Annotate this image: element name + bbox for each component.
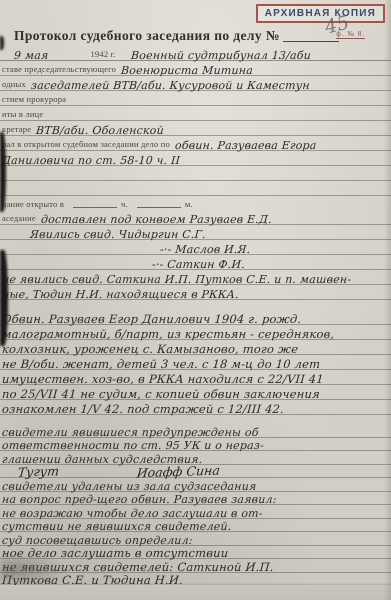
handwritten-entry: колхозник, уроженец с. Камызаново, того …: [2, 342, 299, 356]
form-number: ф. № 8.: [336, 30, 365, 39]
print-label: одных: [2, 79, 26, 90]
handwritten-entry: свидетели явившиеся предупреждены об: [2, 426, 260, 439]
handwritten-entry: малограмотный, б/парт, из крестьян - сер…: [2, 327, 335, 341]
printed-year: 1942 г.: [90, 49, 115, 60]
handwritten-entry: не В/оби. женат, детей 3 чел. с 18 м-ц д…: [2, 357, 321, 371]
witness-signature: Иоафф Сина: [136, 463, 221, 481]
print-label: стием прокурора: [2, 94, 66, 105]
form-line: не В/оби. женат, детей 3 чел. с 18 м-ц д…: [0, 355, 391, 370]
binding-shadow: [0, 250, 8, 346]
form-line: -·- Саткин Ф.И.: [0, 255, 391, 270]
hour-blank: [73, 207, 117, 208]
handwritten-entry: свидетели удалены из зала судзаседания: [2, 480, 257, 493]
print-label: м.: [185, 199, 193, 210]
form-line: по 25/VII 41 не судим, с копией обвин за…: [0, 385, 391, 400]
binding-shadow: [0, 132, 6, 212]
handwritten-entry: на вопрос пред-щего обвин. Разуваев заяв…: [2, 493, 278, 506]
handwritten-entry: -·- Маслов И.Я.: [160, 243, 251, 256]
spacer: [0, 415, 391, 424]
witness-signature: Тугут: [17, 463, 60, 479]
form-line: не возражаю чтобы дело заслушали в от-: [0, 505, 391, 519]
handwritten-entry: ные, Тюдин Н.И. находящиеся в РККА.: [2, 288, 240, 301]
form-line: кретаре ВТВ/аби. Оболенской: [0, 121, 391, 136]
spacer: [0, 300, 391, 310]
form-line: имуществен. хоз-во, в РККА находился с 2…: [0, 370, 391, 385]
form-line: ответственности по ст. 95 УК и о нераз-: [0, 438, 391, 452]
blank-ruled-line: [0, 166, 391, 181]
blank-ruled-line: [0, 181, 391, 196]
handwritten-entry: Явились свид. Чидыргин С.Г.: [30, 228, 207, 241]
handwritten-entry: Даниловича по ст. 58-10 ч. II: [2, 154, 181, 167]
handwritten-entry: -·- Саткин Ф.И.: [152, 258, 246, 271]
page-title: Протокол судебного заседания по делу №: [14, 28, 280, 44]
form-line: рал в открытом судебном заседании дело п…: [0, 136, 391, 151]
print-label: рал в открытом судебном заседании дело п…: [2, 139, 170, 150]
handwritten-entry: заседателей ВТВ/аби. Кусуровой и Каместу…: [30, 79, 310, 92]
form-line: стием прокурора: [0, 91, 391, 106]
form-line: суд посовещавшись определил:: [0, 532, 391, 546]
form-line: сутствии не явившихся свидетелей.: [0, 519, 391, 533]
handwritten-entry: суд посовещавшись определил:: [2, 534, 194, 547]
scan-background-strip: [0, 585, 391, 600]
form-line: Явились свид. Чидыргин С.Г.: [0, 225, 391, 240]
form-line: свидетели явившиеся предупреждены об: [0, 424, 391, 438]
handwritten-entry: Военюриста Митина: [121, 64, 254, 77]
handwritten-entry: не явились свид. Саткина И.П. Путков С.Е…: [2, 273, 352, 286]
binding-shadow: [0, 36, 4, 50]
handwritten-entry: ответственности по ст. 95 УК и о нераз-: [2, 439, 265, 452]
form-line: колхозник, уроженец с. Камызаново, того …: [0, 340, 391, 355]
handwritten-entry: обвин. Разуваева Егора: [174, 139, 316, 152]
date-line: 9 мая 1942 г. Военный судтрибунал 13/аби: [0, 44, 391, 61]
print-label: дание открыто в: [2, 199, 64, 210]
print-label: кретаре: [2, 124, 31, 135]
form-line: одных заседателей ВТВ/аби. Кусуровой и К…: [0, 76, 391, 91]
print-label: ставе председательствующего: [2, 64, 116, 75]
form-line: ные, Тюдин Н.И. находящиеся в РККА.: [0, 285, 391, 300]
handwritten-entry: ознакомлен 1/V 42. под стражей с 12/III …: [2, 402, 285, 416]
form-line: не явились свид. Саткина И.П. Путков С.Е…: [0, 270, 391, 285]
signatures-line: Тугут Иоафф Сина: [0, 465, 391, 479]
minute-blank: [137, 207, 181, 208]
print-label: ч.: [121, 199, 128, 210]
form-line: малограмотный, б/парт, из крестьян - сер…: [0, 325, 391, 340]
handwritten-entry: ВТВ/аби. Оболенской: [36, 124, 165, 137]
page-right-shade: [384, 0, 391, 600]
form-line: ставе председательствующего Военюриста М…: [0, 61, 391, 76]
handwritten-entry: сутствии не явившихся свидетелей.: [2, 520, 232, 533]
handwritten-date: 9 мая: [14, 49, 49, 62]
archival-copy-stamp: АРХИВНАЯ КОПИЯ: [256, 4, 385, 23]
scanned-document-page: АРХИВНАЯ КОПИЯ 45 ф. № 8. Протокол судеб…: [0, 0, 391, 600]
form-line: свидетели удалены из зала судзаседания: [0, 478, 391, 492]
form-line: -·- Маслов И.Я.: [0, 240, 391, 255]
form-line: иты в лице: [0, 106, 391, 121]
handwritten-entry: по 25/VII 41 не судим, с копией обвин за…: [2, 387, 321, 401]
form-line: Обвин. Разуваев Егор Данилович 1904 г. р…: [0, 310, 391, 325]
form-line: Даниловича по ст. 58-10 ч. II: [0, 151, 391, 166]
handwritten-court: Военный судтрибунал 13/аби: [130, 49, 311, 62]
form-line: на вопрос пред-щего обвин. Разуваев заяв…: [0, 492, 391, 506]
handwritten-entry: доставлен под конвоем Разуваев Е.Д.: [40, 213, 272, 226]
print-label: аседание: [2, 213, 36, 224]
handwritten-entry: Обвин. Разуваев Егор Данилович 1904 г. р…: [2, 312, 302, 326]
case-number-blank: [283, 41, 339, 42]
form-line: аседание доставлен под конвоем Разуваев …: [0, 210, 391, 225]
form-line: ознакомлен 1/V 42. под стражей с 12/III …: [0, 400, 391, 415]
handwritten-entry: имуществен. хоз-во, в РККА находился с 2…: [2, 372, 325, 386]
session-opened-line: дание открыто в ч. м.: [0, 196, 391, 210]
print-label: иты в лице: [2, 109, 43, 120]
handwritten-entry: не возражаю чтобы дело заслушали в от-: [2, 507, 264, 520]
